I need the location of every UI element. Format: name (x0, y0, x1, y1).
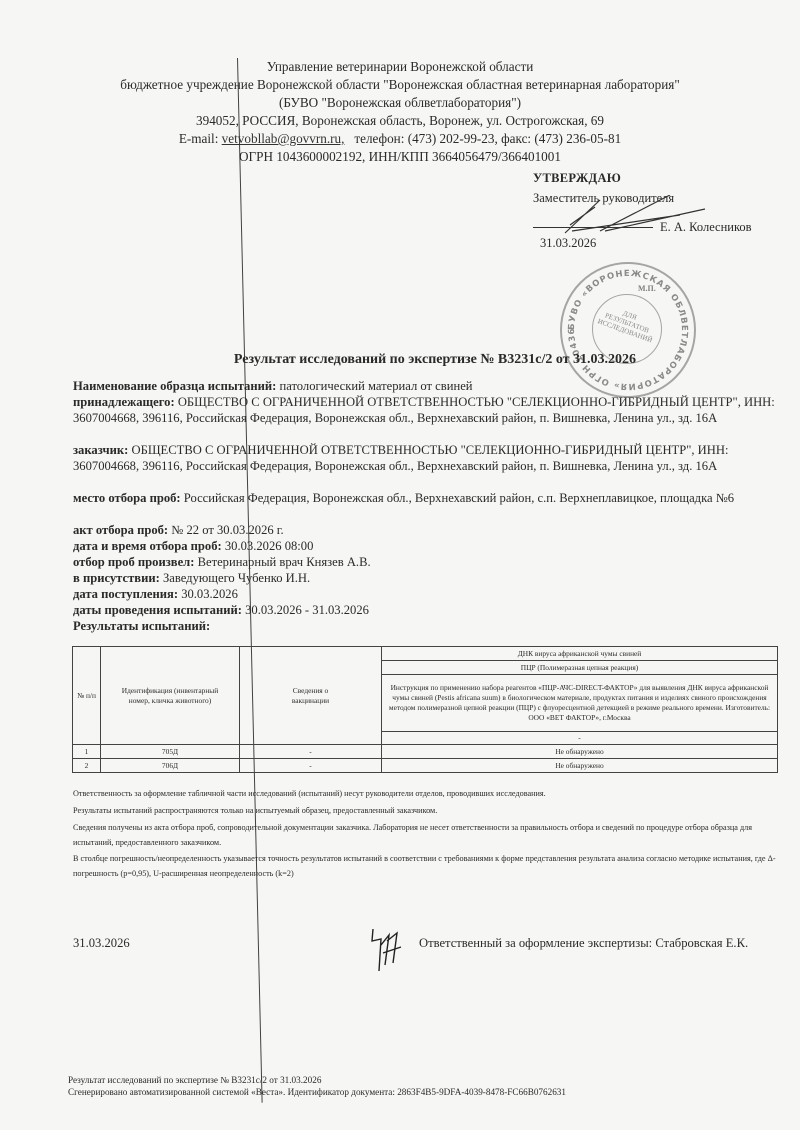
field-owner: принадлежащего: ОБЩЕСТВО С ОГРАНИЧЕННОЙ … (73, 394, 783, 426)
footer-reference: Результат исследований по экспертизе № В… (68, 1074, 566, 1086)
header-uncertainty: - (382, 732, 778, 745)
note-sampling-info: Сведения получены из акта отбора проб, с… (73, 820, 783, 850)
field-value: ОБЩЕСТВО С ОГРАНИЧЕННОЙ ОТВЕТСТВЕННОСТЬЮ… (73, 395, 775, 425)
field-sample-name: Наименование образца испытаний: патологи… (73, 378, 783, 394)
field-value: 30.03.2026 08:00 (225, 539, 314, 553)
footer-generated-id: Сгенерировано автоматизированной системо… (68, 1086, 566, 1098)
note-uncertainty: В столбце погрешность/неопределенность у… (73, 851, 783, 881)
table-row: 2 706Д - Не обнаружено (73, 759, 778, 773)
field-label: отбор проб произвел: (73, 555, 194, 569)
field-label: в присутствии: (73, 571, 160, 585)
header-test-name: ДНК вируса африканской чумы свиней (382, 647, 778, 661)
results-table: № п/п Идентификация (инвентарный номер, … (72, 646, 778, 773)
field-label: место отбора проб: (73, 491, 181, 505)
field-receipt-date: дата поступления: 30.03.2026 (73, 586, 783, 602)
approval-date: 31.03.2026 (540, 236, 596, 251)
field-sampling-act: акт отбора проб: № 22 от 30.03.2026 г. (73, 522, 783, 538)
letterhead-contacts: E-mail: vetvobllab@govvrn.ru, телефон: (… (0, 130, 800, 148)
cell-result: Не обнаружено (382, 745, 778, 759)
letterhead-institution: бюджетное учреждение Воронежской области… (0, 76, 800, 94)
field-value: № 22 от 30.03.2026 г. (171, 523, 283, 537)
letterhead-short-name: (БУВО "Воронежская облветлаборатория") (0, 94, 800, 112)
field-label: акт отбора проб: (73, 523, 168, 537)
email-link[interactable]: vetvobllab@govvrn.ru, (222, 131, 345, 146)
signature-date: 31.03.2026 (73, 936, 130, 951)
field-results-heading: Результаты испытаний: (73, 618, 783, 634)
field-sampling-datetime: дата и время отбора проб: 30.03.2026 08:… (73, 538, 783, 554)
field-label: даты проведения испытаний: (73, 603, 242, 617)
cell-identification: 706Д (101, 759, 240, 773)
cell-number: 2 (73, 759, 101, 773)
field-sampling-place: место отбора проб: Российская Федерация,… (73, 490, 783, 506)
header-number: № п/п (73, 647, 101, 745)
table-row: 1 705Д - Не обнаружено (73, 745, 778, 759)
document-title: Результат исследований по экспертизе № В… (0, 352, 800, 368)
field-label: дата и время отбора проб: (73, 539, 222, 553)
approval-title: УТВЕРЖДАЮ (533, 168, 674, 188)
document-footer: Результат исследований по экспертизе № В… (68, 1074, 566, 1098)
field-label: Наименование образца испытаний: (73, 379, 276, 393)
header-method: ПЦР (Полимеразная цепная реакция) (382, 661, 778, 675)
stamp-center-text: ДЛЯ РЕЗУЛЬТАТОВ ИССЛЕДОВАНИЙ (597, 302, 658, 344)
field-value: Заведующего Чубенко И.Н. (163, 571, 310, 585)
letterhead-registration: ОГРН 1043600002192, ИНН/КПП 3664056479/3… (0, 148, 800, 166)
field-value: 30.03.2026 - 31.03.2026 (245, 603, 369, 617)
letterhead-address: 394052, РОССИЯ, Воронежская область, Вор… (0, 112, 800, 130)
field-in-presence: в присутствии: Заведующего Чубенко И.Н. (73, 570, 783, 586)
stamp-mp-label: М.П. (638, 284, 656, 293)
header-instruction: Инструкция по применению набора реагенто… (382, 675, 778, 732)
approver-name: Е. А. Колесников (660, 220, 752, 235)
note-responsibility: Ответственность за оформление табличной … (73, 786, 783, 801)
field-test-dates: даты проведения испытаний: 30.03.2026 - … (73, 602, 783, 618)
responsible-signature-icon (367, 925, 407, 975)
cell-identification: 705Д (101, 745, 240, 759)
field-label: Результаты испытаний: (73, 619, 210, 633)
field-label: дата поступления: (73, 587, 178, 601)
email-label: E-mail: (179, 131, 219, 146)
cell-number: 1 (73, 745, 101, 759)
field-value: Российская Федерация, Воронежская обл., … (184, 491, 734, 505)
field-sampled-by: отбор проб произвел: Ветеринарный врач К… (73, 554, 783, 570)
field-customer: заказчик: ОБЩЕСТВО С ОГРАНИЧЕННОЙ ОТВЕТС… (73, 442, 783, 474)
responsible-person: Ответственный за оформление экспертизы: … (419, 936, 748, 951)
field-value: Ветеринарный врач Князев А.В. (198, 555, 371, 569)
cell-result: Не обнаружено (382, 759, 778, 773)
cell-vaccination: - (240, 759, 382, 773)
table-header-row: № п/п Идентификация (инвентарный номер, … (73, 647, 778, 661)
letterhead-department: Управление ветеринарии Воронежской облас… (0, 58, 800, 76)
field-value: патологический материал от свиней (279, 379, 472, 393)
field-value: 30.03.2026 (181, 587, 238, 601)
signature-line (533, 227, 653, 228)
header-identification: Идентификация (инвентарный номер, кличка… (101, 647, 240, 745)
cell-vaccination: - (240, 745, 382, 759)
field-label: принадлежащего: (73, 395, 175, 409)
phone-fax: телефон: (473) 202-99-23, факс: (473) 23… (354, 131, 621, 146)
field-value: ОБЩЕСТВО С ОГРАНИЧЕННОЙ ОТВЕТСТВЕННОСТЬЮ… (73, 443, 728, 473)
letterhead: Управление ветеринарии Воронежской облас… (0, 58, 800, 166)
field-label: заказчик: (73, 443, 128, 457)
header-vaccination: Сведения о вакцинации (240, 647, 382, 745)
note-scope: Результаты испытаний распространяются то… (73, 803, 783, 818)
